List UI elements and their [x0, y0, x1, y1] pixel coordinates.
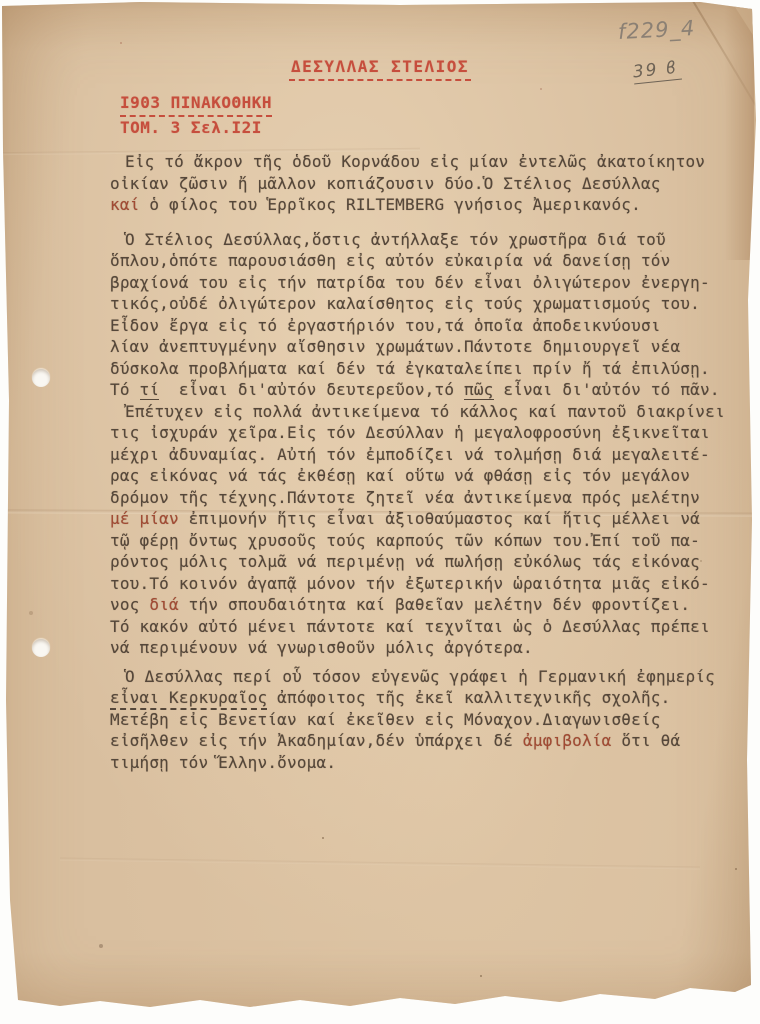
text-line: ὅπλου,ὁπότε παρουσιάσθη εἰς αὐτόν εὐκαιρ… — [110, 250, 726, 272]
text-segment: λίαν ἀνεπτυγμένην αἴσθησιν χρωμάτων.Πάντ… — [110, 337, 680, 356]
paper-specks — [0, 0, 2, 2]
text-segment: τις ἰσχυράν χεῖρα.Εἰς τόν Δεσύλλαν ἡ μεγ… — [110, 423, 710, 442]
text-segment: τικός,οὐδέ ὀλιγώτερον καλαίσθητος εἰς το… — [110, 294, 700, 313]
text-segment: Ὁ Στέλιος Δεσύλλας,ὅστις ἀντήλλαξε τόν χ… — [125, 230, 666, 249]
text-segment: μέ μίαν — [110, 509, 179, 528]
text-segment: οἰκίαν ζῶσιν ἤ μᾶλλον κοπιάζουσιν δύο.Ὁ … — [110, 174, 661, 193]
text-segment: εἰσῆλθεν εἰς τήν Ἀκαδημίαν,δέν ὑπάρχει δ… — [110, 731, 523, 750]
text-segment: ἀμφιβολία — [523, 731, 612, 750]
text-line: μέχρι ἀδυναμίας. Αὐτή τόν ἐμποδίζει νά τ… — [110, 444, 726, 466]
text-line: τικός,οὐδέ ὀλιγώτερον καλαίσθητος εἰς το… — [110, 293, 726, 315]
text-segment: ρας εἰκόνας νά τάς ἐκθέσῃ καί οὕτω νά φθ… — [110, 466, 690, 485]
text-segment: Εἰς τό ἄκρον τῆς ὁδοῦ Κορνάδου εἰς μίαν … — [125, 152, 705, 171]
source-reference-text: I903 ΠΙΝΑΚΟΘΗΚΗ — [120, 93, 272, 117]
text-line: λίαν ἀνεπτυγμένην αἴσθησιν χρωμάτων.Πάντ… — [110, 336, 726, 358]
text-line: Μετέβη εἰς Βενετίαν καί ἐκεῖθεν εἰς Μόνα… — [110, 709, 726, 731]
paragraph: Ὁ Στέλιος Δεσύλλας,ὅστις ἀντήλλαξε τόν χ… — [110, 229, 726, 659]
text-segment: τήν σπουδαιότητα καί βαθεῖαν μελέτην δέν… — [179, 595, 690, 614]
text-line: δρόμον τῆς τέχνης.Πάντοτε ζητεῖ νέα ἀντι… — [110, 487, 726, 509]
text-segment: Τό κακόν αὐτό μένει πάντοτε καί τεχνῖται… — [110, 617, 710, 636]
text-line: Ὁ Δεσύλλας περί οὗ τόσον εὐγενῶς γράφει … — [110, 666, 726, 688]
text-segment: βραχίονά του εἰς τήν πατρίδα του δέν εἶν… — [110, 273, 710, 292]
text-segment: εἶναι Κερκυραῖος — [110, 688, 267, 710]
text-line: τιμήσῃ τόν Ἕλλην.ὄνομα. — [110, 752, 726, 774]
source-reference-line1: I903 ΠΙΝΑΚΟΘΗΚΗ — [120, 93, 272, 117]
text-segment: καί — [110, 195, 140, 214]
text-segment: Ἐπέτυχεν εἰς πολλά ἀντικείμενα τό κάλλος… — [125, 402, 725, 421]
paper-sheet: ΔΕΣΥΛΛΑΣ ΣΤΕΛΙΟΣ I903 ΠΙΝΑΚΟΘΗΚΗ ΤΟΜ. 3 … — [0, 0, 760, 1024]
text-line: καί ὁ φίλος του Ἑρρῖκος RILTEMBERG γνήσι… — [110, 194, 726, 216]
text-line: ρόντος μόλις τολμᾶ νά περιμένῃ νά πωλήσῃ… — [110, 551, 726, 573]
text-line: του.Τό κοινόν ἀγαπᾷ μόνον τήν ἐξωτερικήν… — [110, 573, 726, 595]
text-line: βραχίονά του εἰς τήν πατρίδα του δέν εἶν… — [110, 272, 726, 294]
text-segment: ἀπόφοιτος τῆς ἐκεῖ καλλιτεχνικῆς σχολῆς. — [267, 688, 670, 707]
text-segment: ρόντος μόλις τολμᾶ νά περιμένῃ νά πωλήσῃ… — [110, 552, 700, 571]
typewritten-text: Εἰς τό ἄκρον τῆς ὁδοῦ Κορνάδου εἰς μίαν … — [110, 151, 726, 773]
handwritten-archive-code: f229_4 — [617, 16, 695, 44]
text-segment: εἶναι δι'αὐτόν δευτερεῦον,τό — [159, 380, 464, 399]
text-line: δύσκολα προβλήματα καί δέν τά ἐγκαταλείπ… — [110, 358, 726, 380]
text-line: Τό κακόν αὐτό μένει πάντοτε καί τεχνῖται… — [110, 616, 726, 638]
text-line: οἰκίαν ζῶσιν ἤ μᾶλλον κοπιάζουσιν δύο.Ὁ … — [110, 173, 726, 195]
text-line: τις ἰσχυράν χεῖρα.Εἰς τόν Δεσύλλαν ἡ μεγ… — [110, 422, 726, 444]
text-segment: εἶναι δι'αὐτόν τό πᾶν. — [494, 380, 720, 399]
text-segment: Μετέβη εἰς Βενετίαν καί ἐκεῖθεν εἰς Μόνα… — [110, 710, 661, 729]
text-segment: μέχρι ἀδυναμίας. Αὐτή τόν ἐμποδίζει νά τ… — [110, 445, 710, 464]
text-line: εἶναι Κερκυραῖος ἀπόφοιτος τῆς ἐκεῖ καλλ… — [110, 687, 726, 709]
hole-punch-bottom — [32, 639, 50, 657]
text-line: ρας εἰκόνας νά τάς ἐκθέσῃ καί οὕτω νά φθ… — [110, 465, 726, 487]
text-line: Εἶδον ἔργα εἰς τό ἐργαστήριόν του,τά ὁπο… — [110, 315, 726, 337]
source-reference-line2: ΤΟΜ. 3 Σελ.I2I — [120, 118, 262, 137]
text-segment: πῶς — [464, 380, 494, 400]
text-segment: ὁ φίλος του Ἑρρῖκος RILTEMBERG γνήσιος Ἀ… — [140, 195, 641, 214]
lower-fold-crease — [60, 858, 700, 870]
text-segment: Εἶδον ἔργα εἰς τό ἐργαστήριόν του,τά ὁπο… — [110, 316, 661, 335]
text-segment: τί — [140, 380, 160, 400]
text-segment: ὅπλου,ὁπότε παρουσιάσθη εἰς αὐτόν εὐκαιρ… — [110, 251, 670, 270]
text-segment: νά περιμένουν νά γνωρισθοῦν μόλις ἀργότε… — [110, 638, 533, 657]
hole-punch-top — [32, 369, 50, 387]
text-line: Τό τί εἶναι δι'αὐτόν δευτερεῦον,τό πῶς ε… — [110, 379, 726, 401]
text-line: Ἐπέτυχεν εἰς πολλά ἀντικείμενα τό κάλλος… — [110, 401, 726, 423]
text-segment: ὅτι θά — [611, 731, 680, 750]
text-line: μέ μίαν ἐπιμονήν ἥτις εἶναι ἀξιοθαύμαστο… — [110, 508, 726, 530]
text-line: Εἰς τό ἄκρον τῆς ὁδοῦ Κορνάδου εἰς μίαν … — [110, 151, 726, 173]
scanned-page: ΔΕΣΥΛΛΑΣ ΣΤΕΛΙΟΣ I903 ΠΙΝΑΚΟΘΗΚΗ ΤΟΜ. 3 … — [0, 0, 760, 1024]
text-line: νά περιμένουν νά γνωρισθοῦν μόλις ἀργότε… — [110, 637, 726, 659]
text-segment: νος — [110, 595, 149, 614]
text-line: εἰσῆλθεν εἰς τήν Ἀκαδημίαν,δέν ὑπάρχει δ… — [110, 730, 726, 752]
paragraph: Ὁ Δεσύλλας περί οὗ τόσον εὐγενῶς γράφει … — [110, 666, 726, 774]
text-line: νος διά τήν σπουδαιότητα καί βαθεῖαν μελ… — [110, 594, 726, 616]
right-edge-crease — [724, 0, 754, 260]
text-segment: τῷ φέρῃ ὄντως χρυσοῦς τούς καρπούς τῶν κ… — [110, 531, 700, 550]
document-title-text: ΔΕΣΥΛΛΑΣ ΣΤΕΛΙΟΣ — [289, 57, 471, 81]
text-segment: του.Τό κοινόν ἀγαπᾷ μόνον τήν ἐξωτερικήν… — [110, 574, 710, 593]
text-line: τῷ φέρῃ ὄντως χρυσοῦς τούς καρπούς τῶν κ… — [110, 530, 726, 552]
text-segment: τιμήσῃ τόν Ἕλλην.ὄνομα. — [110, 753, 336, 772]
text-segment: Τό — [110, 380, 140, 399]
paragraph: Εἰς τό ἄκρον τῆς ὁδοῦ Κορνάδου εἰς μίαν … — [110, 151, 726, 216]
text-segment: δρόμον τῆς τέχνης.Πάντοτε ζητεῖ νέα ἀντι… — [110, 488, 700, 507]
text-line: Ὁ Στέλιος Δεσύλλας,ὅστις ἀντήλλαξε τόν χ… — [110, 229, 726, 251]
text-segment: διά — [149, 595, 179, 614]
text-segment: δύσκολα προβλήματα καί δέν τά ἐγκαταλείπ… — [110, 359, 710, 378]
text-segment: ἐπιμονήν ἥτις εἶναι ἀξιοθαύμαστος καί ἥτ… — [179, 509, 700, 528]
text-segment: Ὁ Δεσύλλας περί οὗ τόσον εὐγενῶς γράφει … — [125, 667, 715, 686]
